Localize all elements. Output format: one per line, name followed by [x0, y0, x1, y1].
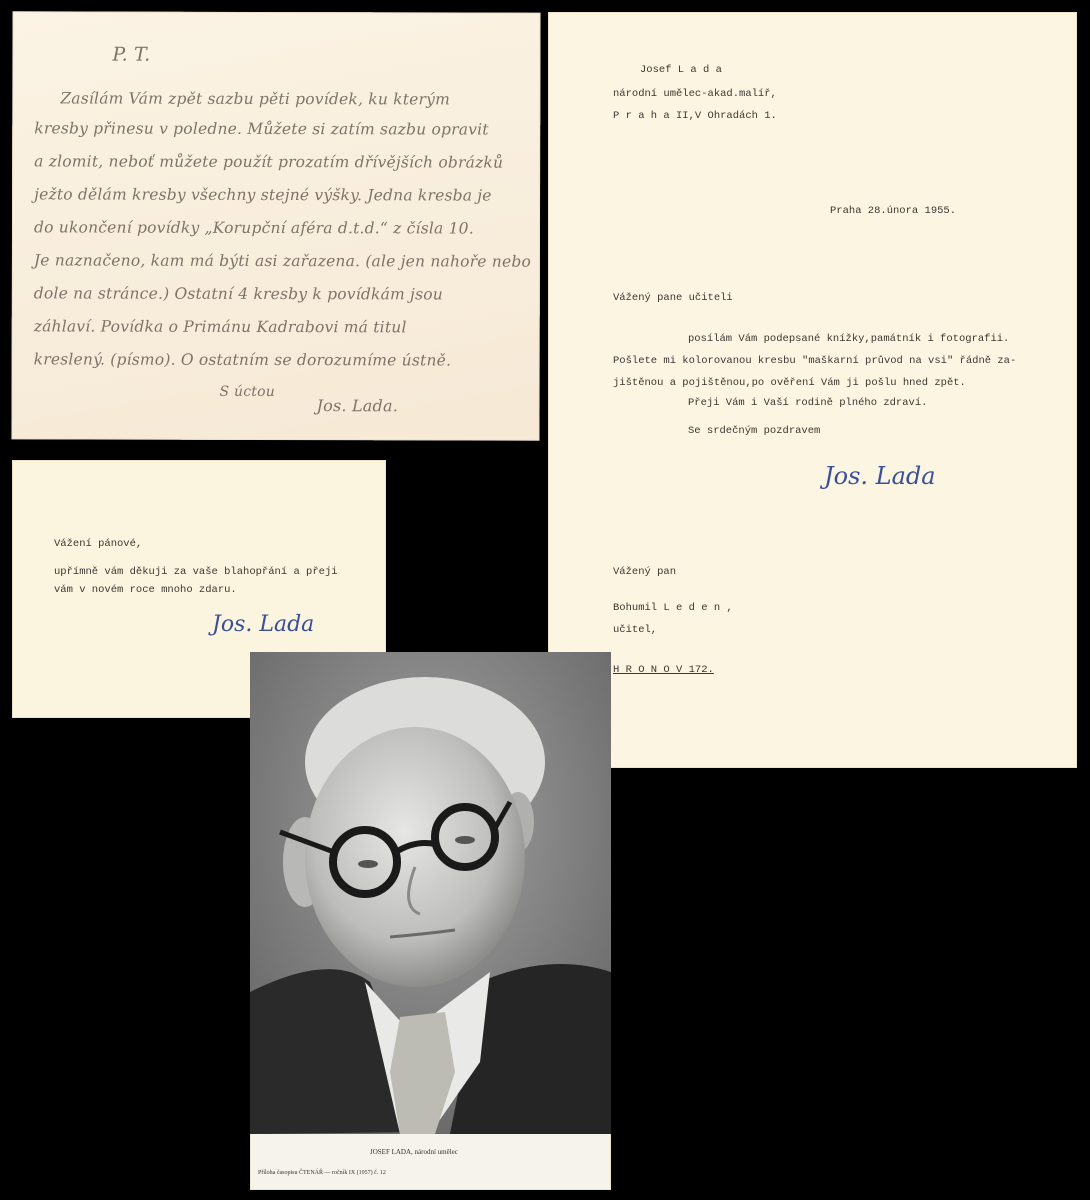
- letter-greeting: Vážený pane učiteli: [613, 292, 733, 304]
- sender-address: P r a h a II,V Ohradách 1.: [613, 110, 777, 122]
- portrait-illustration: [250, 652, 611, 1134]
- note-line: záhlaví. Povídka o Primánu Kadrabovi má …: [34, 317, 407, 336]
- letter-body-line: posílám Vám podepsané knížky,památník i …: [688, 333, 1009, 345]
- note-line: Je naznačeno, kam má býti asi zařazena. …: [34, 251, 531, 270]
- recipient-name: Bohumil L e d e n ,: [613, 602, 733, 614]
- card-greeting: Vážení pánové,: [54, 538, 142, 550]
- letter-body-line: jištěnou a pojištěnou,po ověření Vám ji …: [613, 377, 966, 389]
- note-line: dole na stránce.) Ostatní 4 kresby k pov…: [34, 284, 443, 303]
- recipient-address: H R O N O V 172.: [613, 664, 714, 676]
- photo-source: Příloha časopisu ČTENÁŘ — ročník IX (195…: [258, 1170, 386, 1176]
- note-line: kreslený. (písmo). O ostatním se dorozum…: [34, 350, 452, 369]
- handwritten-note: P. T. Zasílám Vám zpět sazbu pěti povíde…: [11, 11, 540, 440]
- recipient-role: učitel,: [613, 624, 657, 636]
- card-line: upřímně vám děkuji za vaše blahopřání a …: [54, 566, 338, 578]
- note-line: Zasílám Vám zpět sazbu pěti povídek, ku …: [60, 89, 450, 108]
- recipient-salutation: Vážený pan: [613, 566, 676, 578]
- portrait-photo: [250, 652, 611, 1134]
- letter-body-line: Přeji Vám i Vaší rodině plného zdraví.: [688, 397, 927, 409]
- letter-date: Praha 28.února 1955.: [830, 205, 956, 217]
- note-line: do ukončení povídky „Korupční aféra d.t.…: [34, 218, 474, 237]
- sender-title: národní umělec-akad.malíř,: [613, 88, 777, 100]
- note-line: kresby přinesu v poledne. Můžete si zatí…: [34, 119, 489, 138]
- card-line: vám v novém roce mnoho zdaru.: [54, 584, 237, 596]
- typed-letter: Josef L a d a národní umělec-akad.malíř,…: [548, 12, 1077, 768]
- sender-name: Josef L a d a: [640, 64, 722, 76]
- letter-closing: Se srdečným pozdravem: [688, 425, 820, 437]
- card-signature: Jos. Lada: [212, 612, 314, 637]
- note-line: a zlomit, neboť můžete použít prozatím d…: [34, 152, 503, 171]
- note-closing: S úctou: [220, 384, 275, 400]
- photo-caption: JOSEF LADA, národní umělec: [370, 1148, 458, 1156]
- note-line: ježto dělám kresby všechny stejné výšky.…: [34, 185, 492, 204]
- letter-signature: Jos. Lada: [824, 462, 936, 490]
- note-signature: Jos. Lada.: [317, 396, 399, 415]
- note-salutation: P. T.: [112, 44, 150, 66]
- portrait-photo-print: JOSEF LADA, národní umělec Příloha časop…: [250, 652, 611, 1190]
- letter-body-line: Pošlete mi kolorovanou kresbu "maškarní …: [613, 355, 1016, 367]
